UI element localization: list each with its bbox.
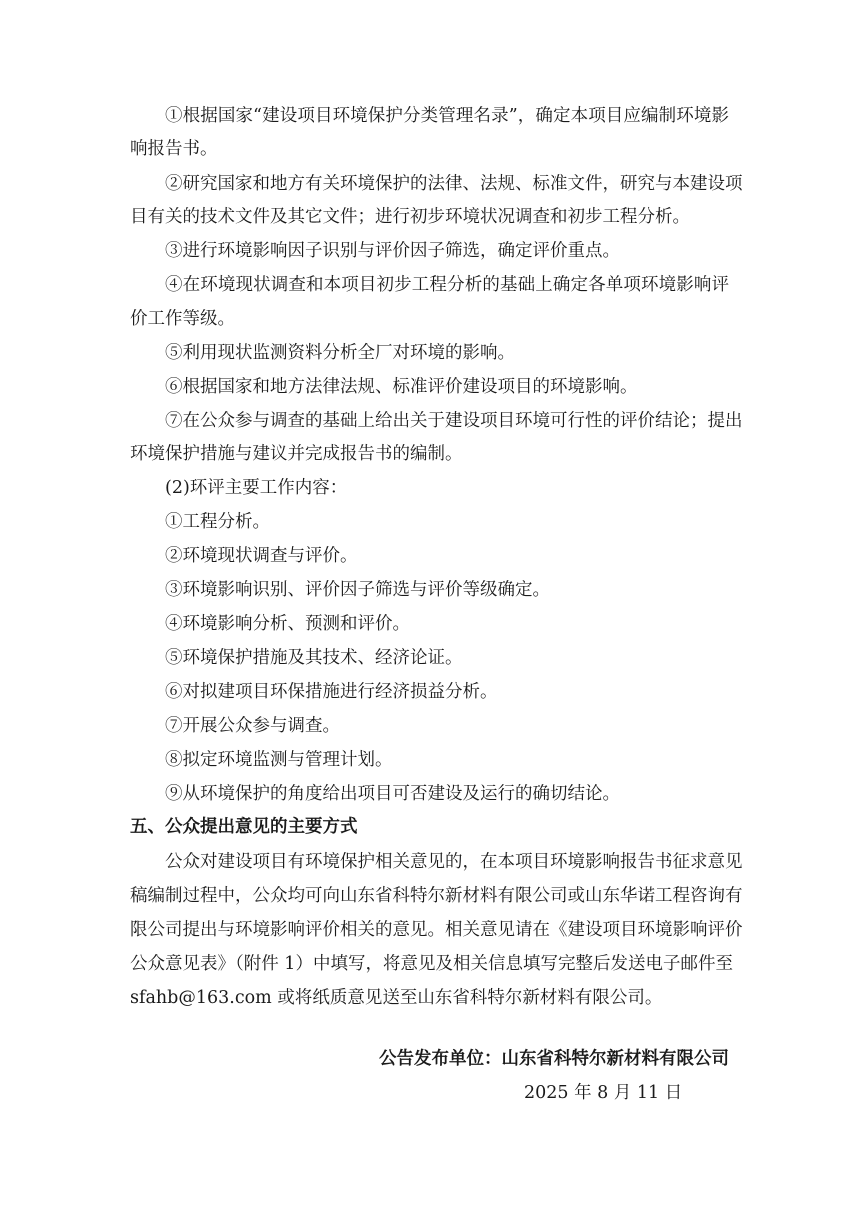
procedure-item-2-line-2: 目有关的技术文件及其它文件；进行初步环境状况调查和初步工程分析。 xyxy=(130,205,690,229)
section-5-paragraph-line-4: 公众意见表》（附件 1）中填写，将意见及相关信息填写完整后发送电子邮件至 xyxy=(130,952,729,976)
main-work-item-3: ③环境影响识别、评价因子筛选与评价等级确定。 xyxy=(165,578,550,602)
main-work-item-2: ②环境现状调查与评价。 xyxy=(165,544,358,568)
main-work-item-9: ⑨从环境保护的角度给出项目可否建设及运行的确切结论。 xyxy=(165,782,620,806)
procedure-item-1-line-1: ①根据国家“建设项目环境保护分类管理名录”，确定本项目应编制环境影 xyxy=(165,104,729,128)
procedure-item-3: ③进行环境影响因子识别与评价因子筛选，确定评价重点。 xyxy=(165,239,620,263)
publisher-signature: 公告发布单位：山东省科特尔新材料有限公司 xyxy=(379,1047,729,1071)
main-work-heading: (2)环评主要工作内容： xyxy=(165,476,347,500)
publish-date: 2025 年 8 月 11 日 xyxy=(524,1081,682,1105)
procedure-item-2-line-1: ②研究国家和地方有关环境保护的法律、法规、标准文件，研究与本建设项 xyxy=(165,172,729,196)
section-5-heading: 五、公众提出意见的主要方式 xyxy=(130,815,358,839)
procedure-item-1-line-2: 响报告书。 xyxy=(130,137,218,161)
main-work-item-4: ④环境影响分析、预测和评价。 xyxy=(165,612,410,636)
main-work-item-1: ①工程分析。 xyxy=(165,510,270,534)
procedure-item-4-line-2: 价工作等级。 xyxy=(130,307,235,331)
procedure-item-5: ⑤利用现状监测资料分析全厂对环境的影响。 xyxy=(165,341,515,365)
section-5-paragraph-line-1: 公众对建设项目有环境保护相关意见的，在本项目环境影响报告书征求意见 xyxy=(165,850,729,874)
procedure-item-7-line-1: ⑦在公众参与调查的基础上给出关于建设项目环境可行性的评价结论；提出 xyxy=(165,409,729,433)
section-5-paragraph-line-5: sfahb@163.com 或将纸质意见送至山东省科特尔新材料有限公司。 xyxy=(130,986,662,1010)
main-work-item-7: ⑦开展公众参与调查。 xyxy=(165,714,340,738)
main-work-item-6: ⑥对拟建项目环保措施进行经济损益分析。 xyxy=(165,680,498,704)
procedure-item-4-line-1: ④在环境现状调查和本项目初步工程分析的基础上确定各单项环境影响评 xyxy=(165,273,729,297)
section-5-paragraph-line-3: 限公司提出与环境影响评价相关的意见。相关意见请在《建设项目环境影响评价 xyxy=(130,918,729,942)
procedure-item-6: ⑥根据国家和地方法律法规、标准评价建设项目的环境影响。 xyxy=(165,375,638,399)
procedure-item-7-line-2: 环境保护措施与建议并完成报告书的编制。 xyxy=(130,442,463,466)
main-work-item-5: ⑤环境保护措施及其技术、经济论证。 xyxy=(165,646,463,670)
main-work-item-8: ⑧拟定环境监测与管理计划。 xyxy=(165,748,393,772)
section-5-paragraph-line-2: 稿编制过程中，公众均可向山东省科特尔新材料有限公司或山东华诺工程咨询有 xyxy=(130,884,729,908)
